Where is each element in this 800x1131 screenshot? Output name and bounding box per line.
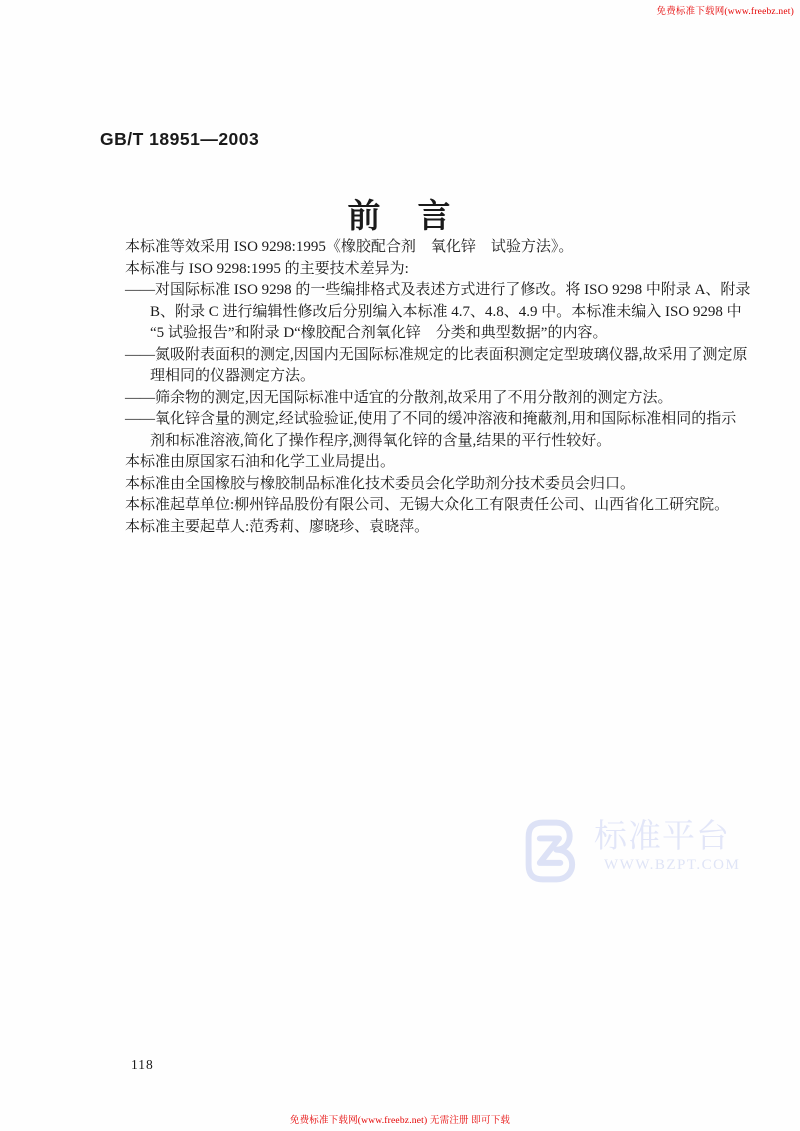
bottom-download-link[interactable]: 免费标准下载网(www.freebz.net) 无需注册 即可下载 (0, 1112, 800, 1126)
body-line: 本标准由原国家石油和化学工业局提出。 (100, 452, 725, 474)
document-page: 免费标准下载网(www.freebz.net) GB/T 18951—2003 … (0, 0, 800, 1131)
standard-code: GB/T 18951—2003 (100, 129, 259, 150)
body-line: ——筛余物的测定,因无国际标准中适宜的分散剂,故采用了不用分散剂的测定方法。 (100, 388, 725, 410)
body-line: “5 试验报告”和附录 D“橡胶配合剂氧化锌 分类和典型数据”的内容。 (100, 323, 725, 345)
watermark-text: 标准平台 WWW.BZPT.COM (594, 816, 740, 874)
body-line: 剂和标准溶液,简化了操作程序,测得氧化锌的含量,结果的平行性较好。 (100, 431, 725, 453)
watermark-name: 标准平台 (594, 816, 740, 856)
body-line: 本标准由全国橡胶与橡胶制品标准化技术委员会化学助剂分技术委员会归口。 (100, 474, 725, 496)
top-download-link[interactable]: 免费标准下载网(www.freebz.net) (657, 3, 794, 17)
bzpt-watermark: 标准平台 WWW.BZPT.COM (522, 816, 740, 891)
body-line: 本标准与 ISO 9298:1995 的主要技术差异为: (100, 259, 725, 281)
page-number: 118 (131, 1057, 154, 1073)
foreword-body: 本标准等效采用 ISO 9298:1995《橡胶配合剂 氧化锌 试验方法》。 本… (100, 237, 725, 538)
body-line: ——对国际标准 ISO 9298 的一些编排格式及表述方式进行了修改。将 ISO… (100, 280, 725, 302)
watermark-url: WWW.BZPT.COM (604, 856, 740, 874)
body-line: 本标准等效采用 ISO 9298:1995《橡胶配合剂 氧化锌 试验方法》。 (100, 237, 725, 259)
body-line: ——氧化锌含量的测定,经试验验证,使用了不同的缓冲溶液和掩蔽剂,用和国际标准相同… (100, 409, 725, 431)
body-line: B、附录 C 进行编辑性修改后分别编入本标准 4.7、4.8、4.9 中。本标准… (100, 302, 725, 324)
bz-logo-icon (522, 816, 588, 891)
body-line: ——氮吸附表面积的测定,因国内无国际标准规定的比表面积测定定型玻璃仪器,故采用了… (100, 345, 725, 367)
body-line: 理相同的仪器测定方法。 (100, 366, 725, 388)
body-line: 本标准起草单位:柳州锌品股份有限公司、无锡大众化工有限责任公司、山西省化工研究院… (100, 495, 725, 517)
body-line: 本标准主要起草人:范秀莉、廖晓珍、袁晓萍。 (100, 517, 725, 539)
page-title: 前 言 (0, 190, 800, 237)
